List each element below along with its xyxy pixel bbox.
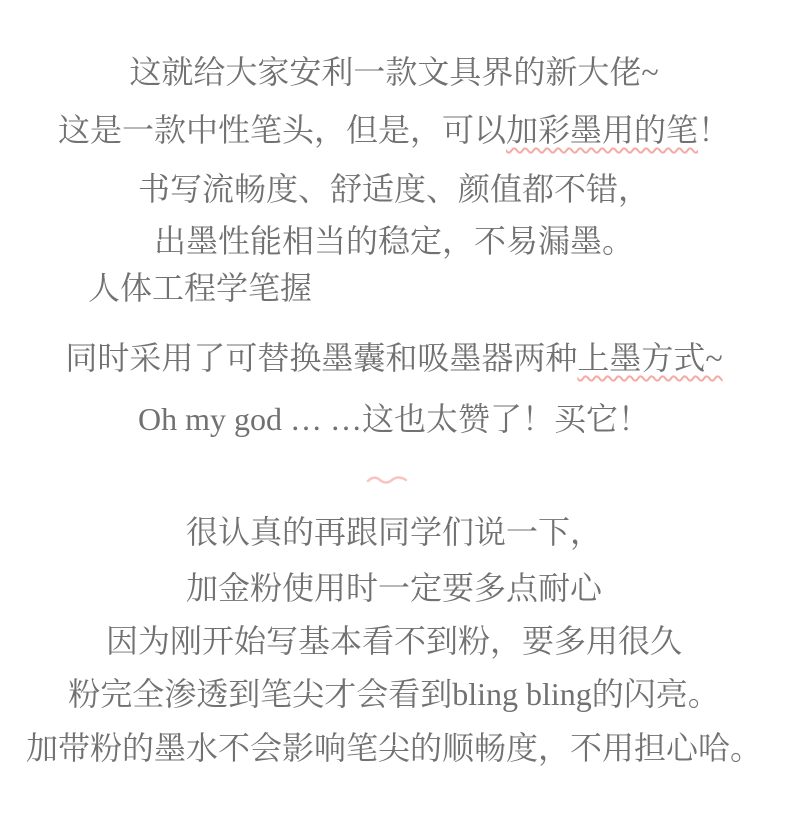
intro-line: 这就给大家安利一款文具界的新大佬~ xyxy=(0,50,788,94)
ergonomic-grip-label: 人体工程学笔握 xyxy=(0,266,788,310)
bling-line: 粉完全渗透到笔尖才会看到bling bling的闪亮。 xyxy=(0,672,788,716)
product-description-image: 这就给大家安利一款文具界的新大佬~ 这是一款中性笔头，但是，可以加彩墨用的笔！ … xyxy=(0,0,788,825)
writing-quality-line: 书写流畅度、舒适度、颜值都不错， xyxy=(0,167,788,211)
pen-type-suffix: ！ xyxy=(698,112,730,148)
pen-type-highlight: 加彩墨用的笔 xyxy=(506,112,698,148)
ink-performance-line: 出墨性能相当的稳定，不易漏墨。 xyxy=(0,219,788,263)
ink-filling-highlight: 上墨方式~ xyxy=(577,340,722,376)
ink-filling-prefix: 同时采用了可替换墨囊和吸墨器两种 xyxy=(65,340,577,376)
patience-line: 加金粉使用时一定要多点耐心 xyxy=(0,566,788,610)
smoothness-line: 加带粉的墨水不会影响笔尖的顺畅度，不用担心哈。 xyxy=(0,726,788,770)
pen-type-prefix: 这是一款中性笔头，但是，可以 xyxy=(58,112,506,148)
wavy-divider-icon xyxy=(366,473,410,487)
pen-type-line: 这是一款中性笔头，但是，可以加彩墨用的笔！ xyxy=(0,108,788,152)
exclamation-line: Oh my god … …这也太赞了！买它！ xyxy=(0,397,788,441)
ink-filling-line: 同时采用了可替换墨囊和吸墨器两种上墨方式~ xyxy=(0,336,788,380)
reminder-line: 很认真的再跟同学们说一下， xyxy=(0,510,788,554)
powder-invisible-line: 因为刚开始写基本看不到粉，要多用很久 xyxy=(0,619,788,663)
